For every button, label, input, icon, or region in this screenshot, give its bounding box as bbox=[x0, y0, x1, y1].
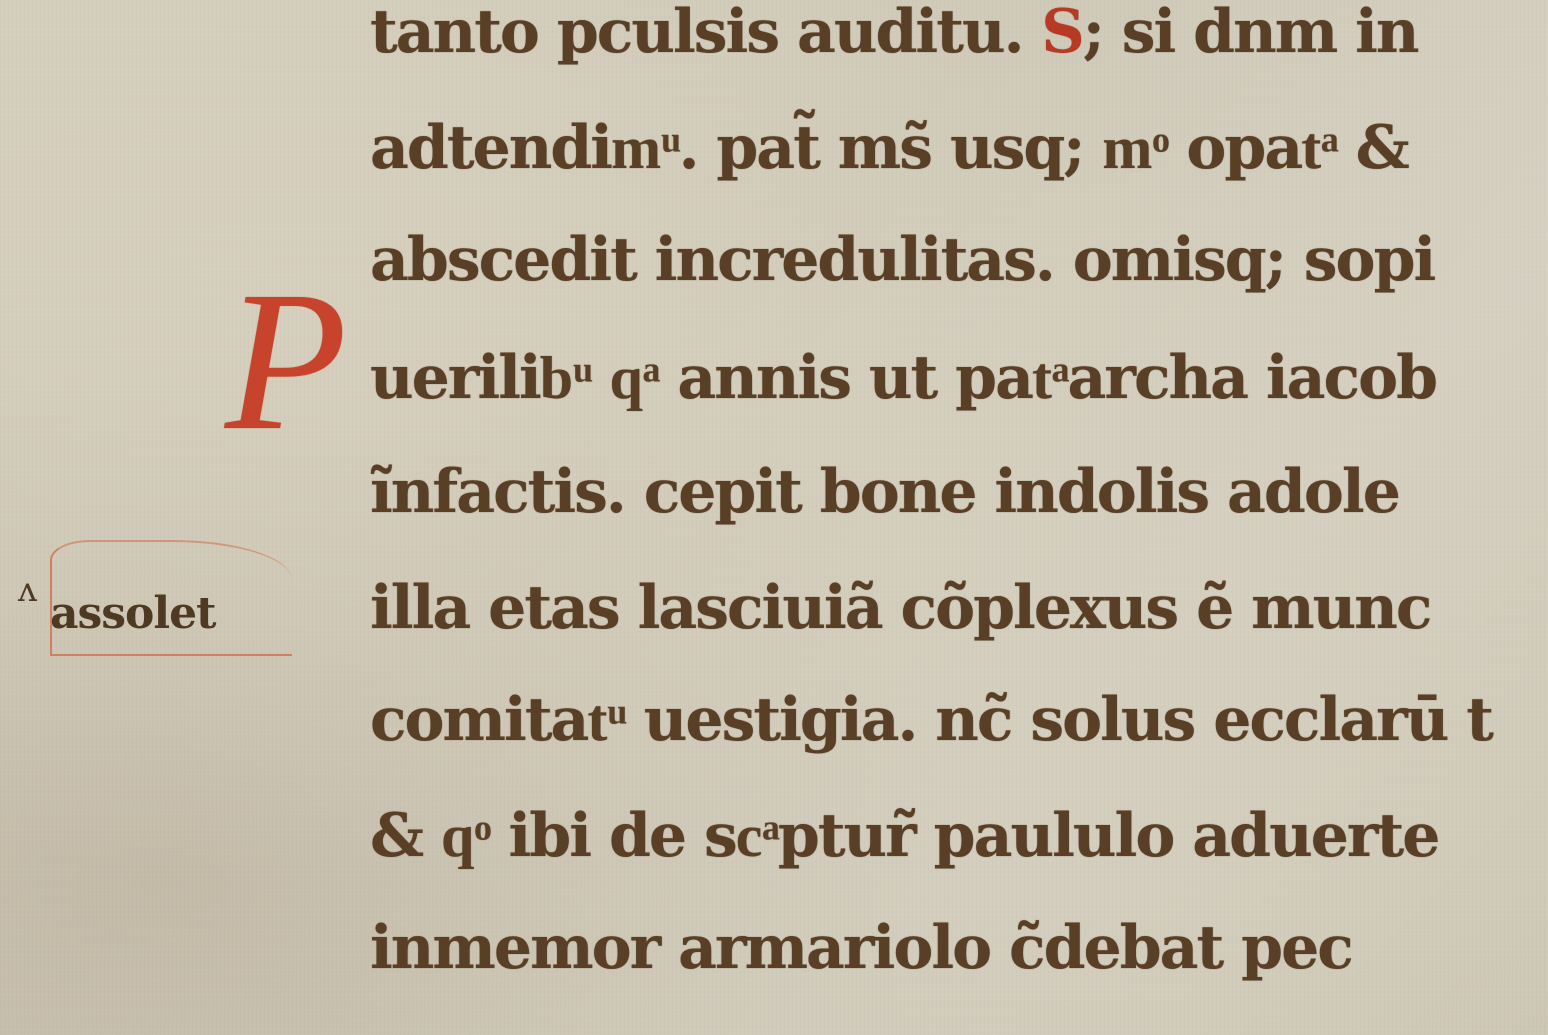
manuscript-line-7: comitatͧ uestigia. nc̃ solus ecclarū t bbox=[370, 690, 1492, 750]
manuscript-line-5: ĩnfactis. cepit bone indolis adole bbox=[370, 462, 1399, 522]
manuscript-line-8: & qͦ ibi de scͣptur̃ paululo aduerte bbox=[370, 806, 1438, 866]
red-initial-letter: P bbox=[225, 262, 347, 462]
rubric-paragraph-mark: S bbox=[1041, 0, 1082, 67]
manuscript-line-9: inmemor armariolo c̃debat pec bbox=[370, 918, 1352, 978]
manuscript-line-1: tanto pculsis auditu. S; si dnm in bbox=[370, 2, 1418, 62]
line-1-text-a: tanto pculsis auditu. bbox=[370, 0, 1041, 67]
manuscript-line-6: illa etas lasciuiã cõplexus ẽ munc bbox=[370, 578, 1430, 638]
insertion-mark-icon: ʌ bbox=[18, 570, 37, 610]
manuscript-line-4: uerilibͧ qͣ annis ut patͣarcha iacob bbox=[370, 348, 1436, 408]
marginal-note-text: assolet bbox=[50, 588, 215, 639]
marginal-annotation: ʌ assolet bbox=[18, 540, 308, 660]
manuscript-line-2: adtendimͧ. pat̃ ms̃ usq; mͦ opatͣ & bbox=[370, 118, 1408, 178]
line-1-text-b: ; si dnm in bbox=[1083, 0, 1418, 67]
manuscript-line-3: abscedit incredulitas. omisq; sopi bbox=[370, 230, 1434, 290]
